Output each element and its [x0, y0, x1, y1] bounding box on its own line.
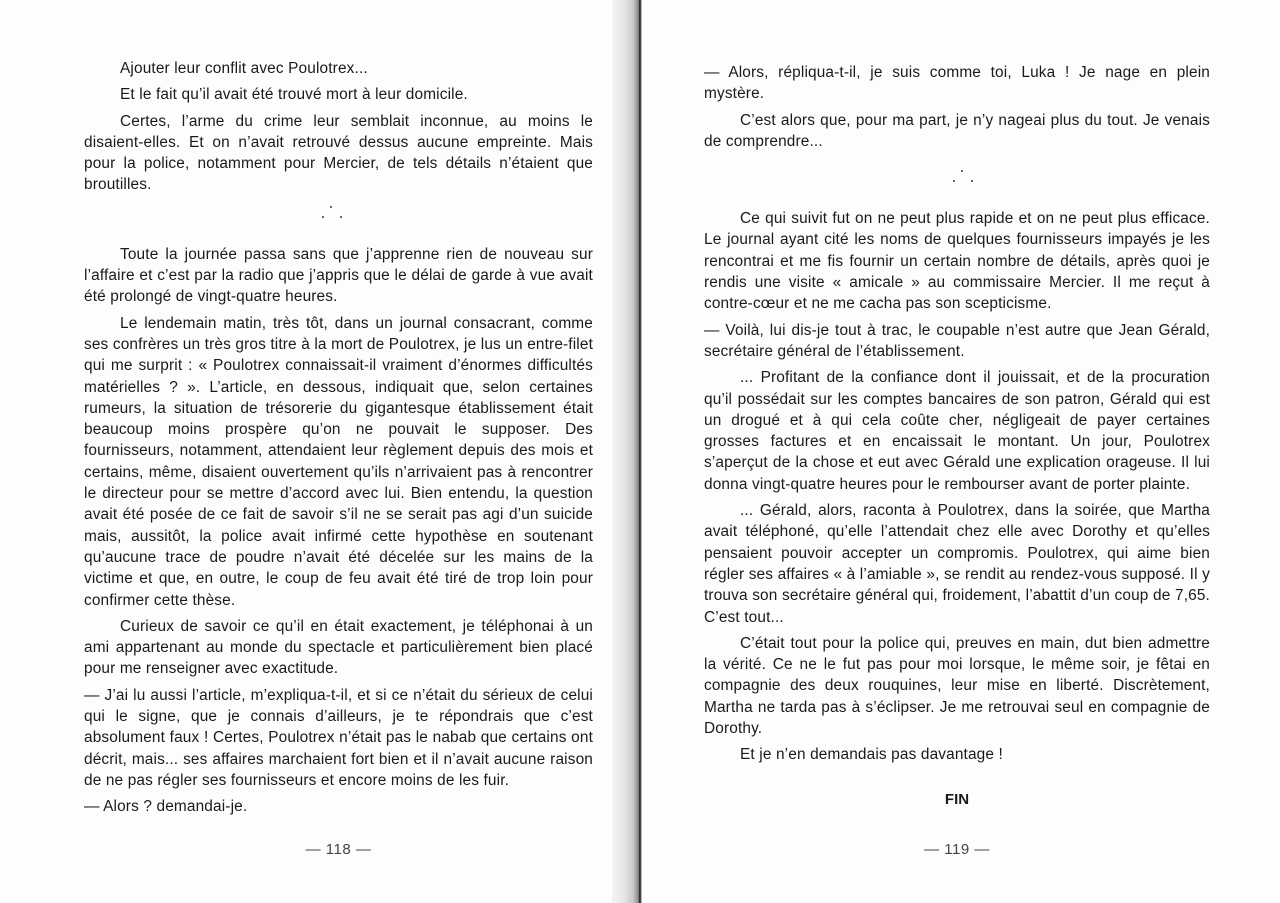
paragraph: Et le fait qu’il avait été trouvé mort à… — [84, 84, 593, 105]
dialogue-paragraph: — Voilà, lui dis-je tout à trac, le coup… — [704, 320, 1210, 363]
paragraph: Toute la journée passa sans que j’appren… — [84, 244, 593, 308]
paragraph: C’était tout pour la police qui, preuves… — [704, 633, 1210, 739]
paragraph: C’est alors que, pour ma part, je n’y na… — [704, 110, 1210, 153]
dialogue-paragraph: — Alors, répliqua-t-il, je suis comme to… — [704, 62, 1210, 105]
section-break-asterism — [704, 152, 1210, 208]
right-page-text: — Alors, répliqua-t-il, je suis comme to… — [704, 62, 1210, 771]
section-break-asterism — [84, 196, 593, 244]
paragraph: Certes, l’arme du crime leur semblait in… — [84, 111, 593, 196]
paragraph: Le lendemain matin, très tôt, dans un jo… — [84, 313, 593, 611]
paragraph: ... Gérald, alors, raconta à Poulotrex, … — [704, 500, 1210, 628]
paragraph: Ajouter leur conflit avec Poulotrex... — [84, 58, 593, 79]
paragraph: Ce qui suivit fut on ne peut plus rapide… — [704, 208, 1210, 314]
left-page: Ajouter leur conflit avec Poulotrex... E… — [0, 0, 612, 903]
page-number: — 119 — — [704, 841, 1210, 858]
page-number: — 118 — — [84, 841, 593, 858]
paragraph: ... Profitant de la confiance dont il jo… — [704, 367, 1210, 495]
end-mark: FIN — [704, 791, 1210, 808]
book-spread: Ajouter leur conflit avec Poulotrex... E… — [0, 0, 1280, 903]
paragraph: Et je n’en demandais pas davantage ! — [704, 744, 1210, 765]
dialogue-paragraph: — J’ai lu aussi l’article, m’expliqua-t-… — [84, 685, 593, 791]
dialogue-paragraph: — Alors ? demandai-je. — [84, 796, 593, 817]
left-page-text: Ajouter leur conflit avec Poulotrex... E… — [84, 58, 593, 823]
right-page: — Alors, répliqua-t-il, je suis comme to… — [642, 0, 1280, 903]
book-spine-gutter — [612, 0, 642, 903]
paragraph: Curieux de savoir ce qu’il en était exac… — [84, 616, 593, 680]
